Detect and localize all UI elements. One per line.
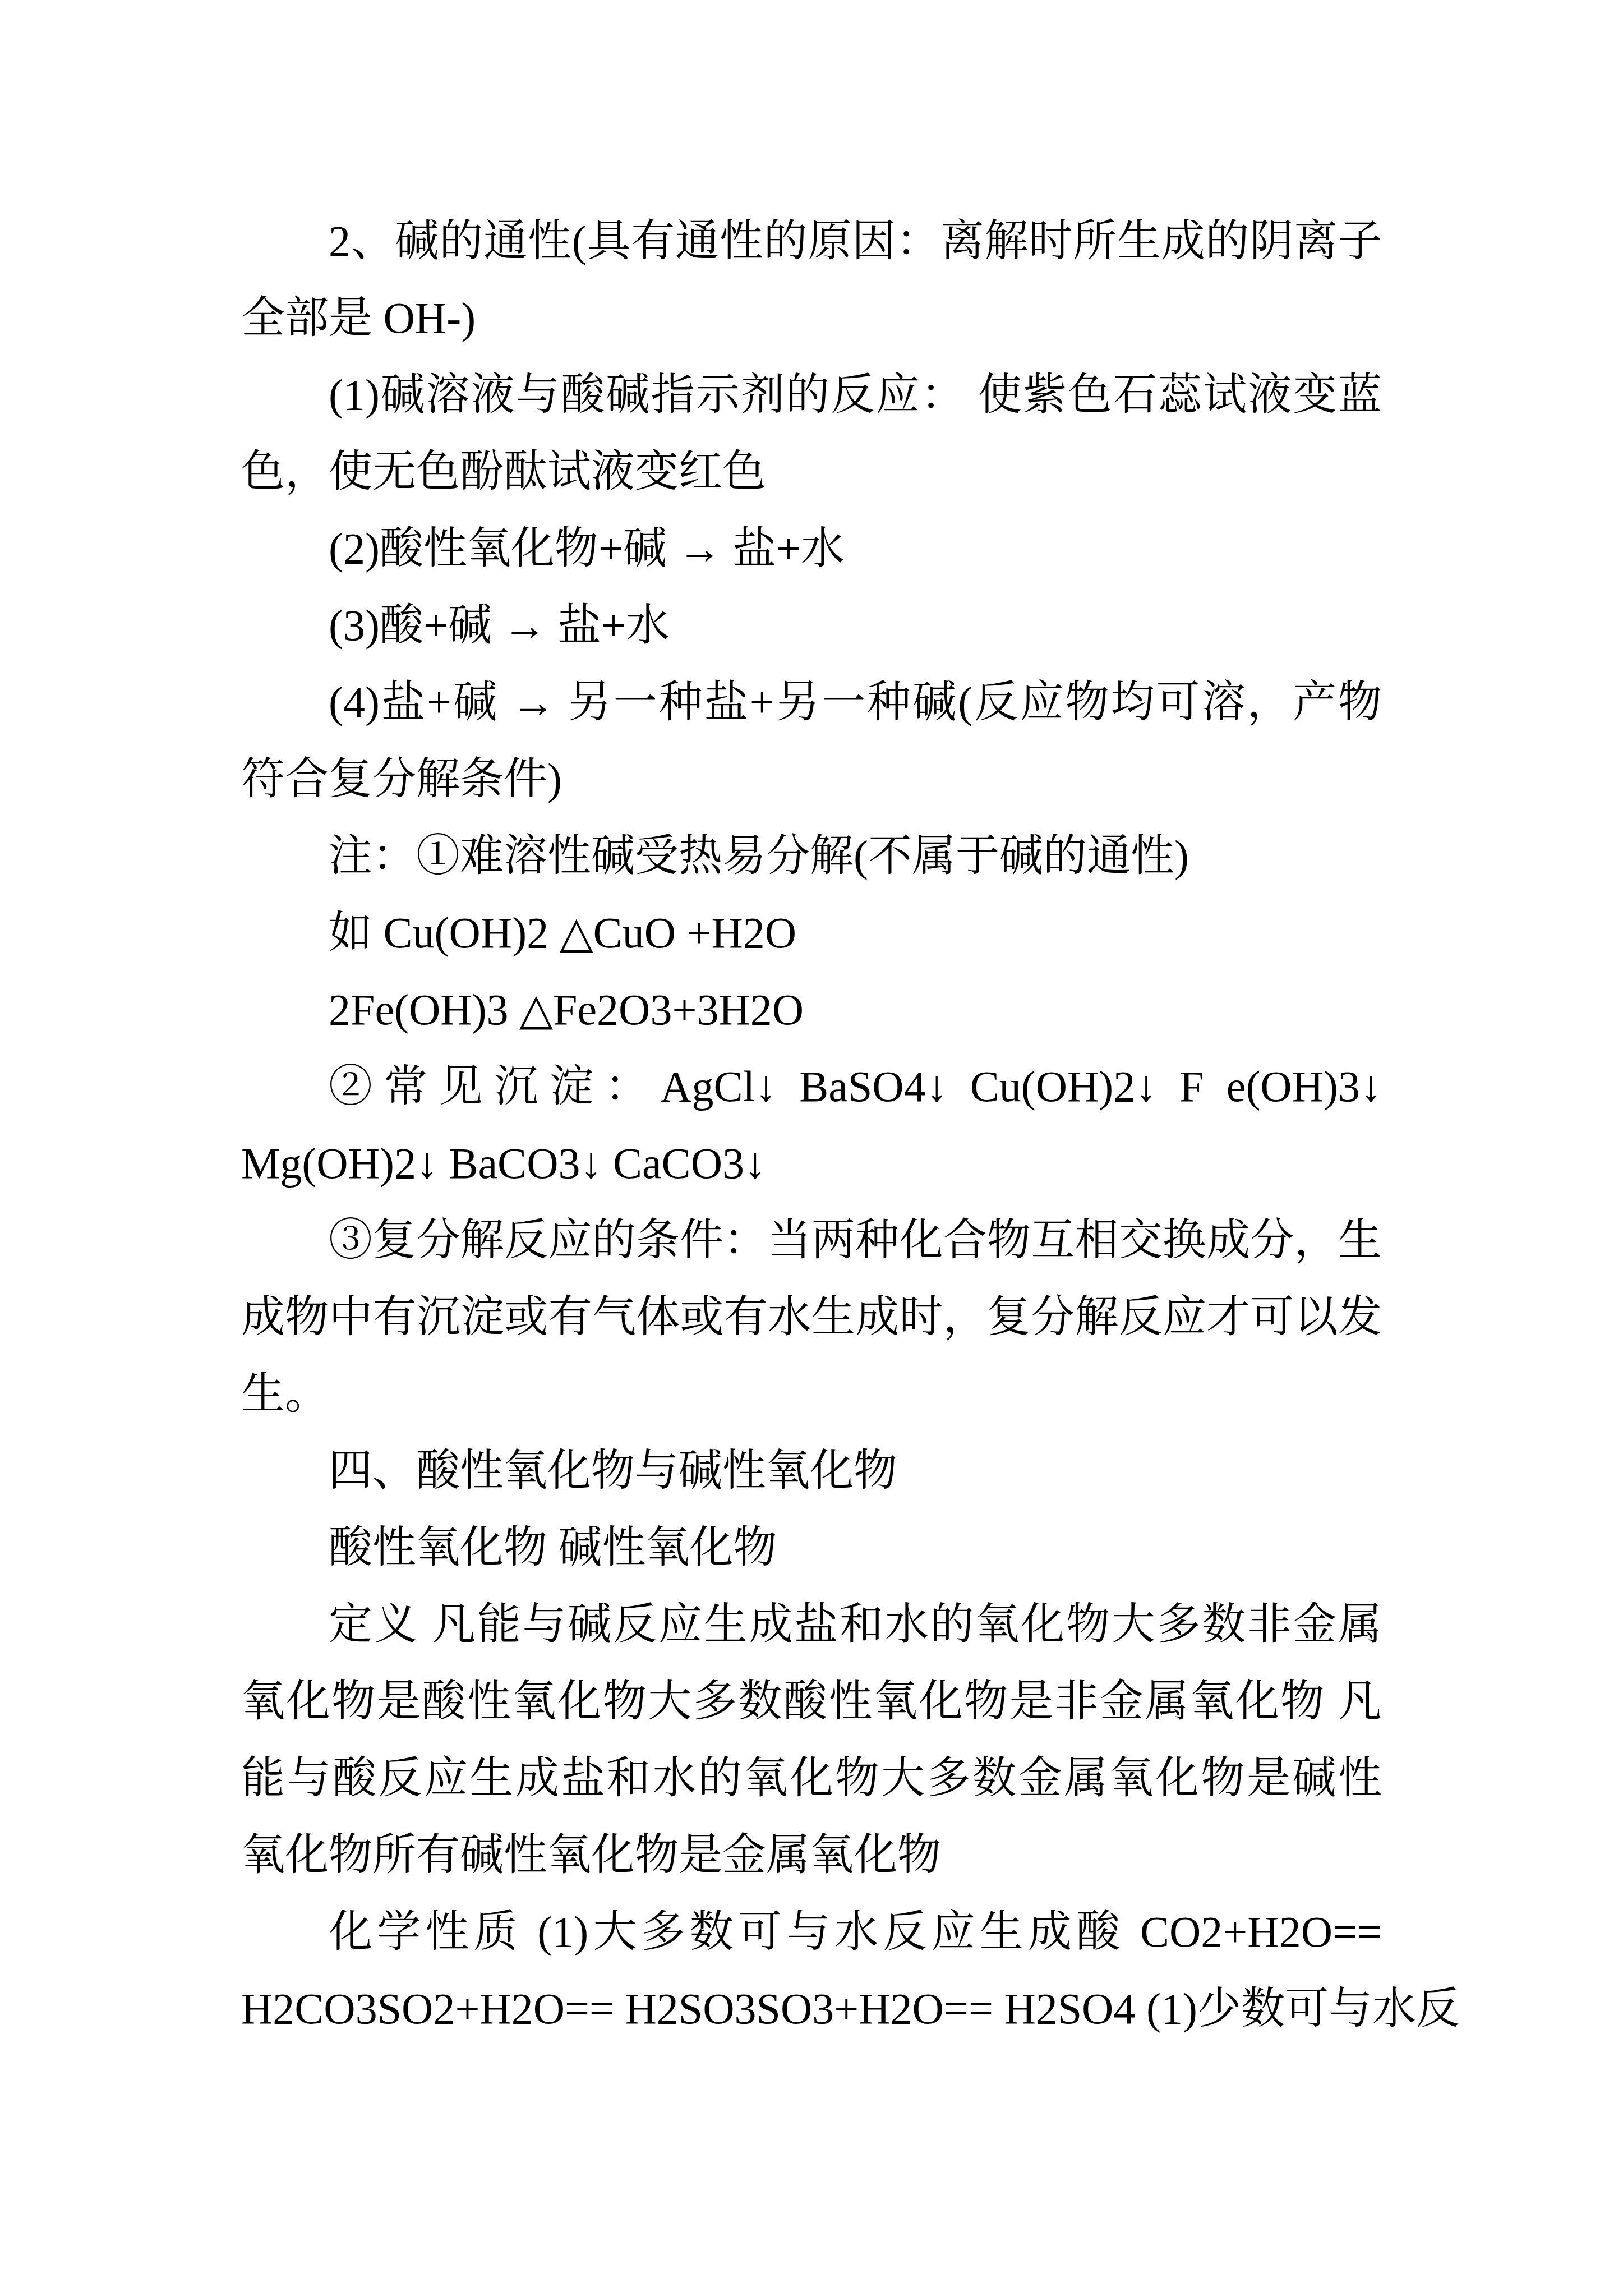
doc-line-21: 能与酸反应生成盐和水的氧化物大多数金属氧化物是碱性: [241, 1740, 1382, 1816]
doc-line-12: ②常见沉淀：AgCl↓ BaSO4↓ Cu(OH)2↓ F e(OH)3↓: [241, 1048, 1382, 1125]
doc-line-10: 如 Cu(OH)2 △CuO +H2O: [241, 894, 1382, 971]
doc-line-3: (1)碱溶液与酸碱指示剂的反应： 使紫色石蕊试液变蓝: [241, 356, 1382, 433]
doc-line-17: 四、酸性氧化物与碱性氧化物: [241, 1432, 1382, 1509]
doc-line-18: 酸性氧化物 碱性氧化物: [241, 1509, 1382, 1586]
document-page: 2、碱的通性(具有通性的原因：离解时所生成的阴离子 全部是 OH-) (1)碱溶…: [0, 0, 1623, 2296]
doc-line-22: 氧化物所有碱性氧化物是金属氧化物: [241, 1816, 1382, 1893]
doc-line-7: (4)盐+碱 → 另一种盐+另一种碱(反应物均可溶，产物: [241, 664, 1382, 740]
doc-line-9: 注：①难溶性碱受热易分解(不属于碱的通性): [241, 817, 1382, 894]
doc-line-14: ③复分解反应的条件：当两种化合物互相交换成分，生: [241, 1202, 1382, 1278]
doc-line-19: 定义 凡能与碱反应生成盐和水的氧化物大多数非金属: [241, 1586, 1382, 1663]
doc-line-2: 全部是 OH-): [241, 279, 1382, 356]
doc-line-16: 生。: [241, 1355, 1382, 1432]
doc-line-13: Mg(OH)2↓ BaCO3↓ CaCO3↓: [241, 1125, 1382, 1202]
doc-line-15: 成物中有沉淀或有气体或有水生成时，复分解反应才可以发: [241, 1278, 1382, 1355]
doc-line-8: 符合复分解条件): [241, 740, 1382, 817]
doc-line-5: (2)酸性氧化物+碱 → 盐+水: [241, 510, 1382, 587]
doc-line-4: 色，使无色酚酞试液变红色: [241, 433, 1382, 510]
doc-line-1: 2、碱的通性(具有通性的原因：离解时所生成的阴离子: [241, 203, 1382, 279]
doc-line-11: 2Fe(OH)3 △Fe2O3+3H2O: [241, 971, 1382, 1048]
doc-line-6: (3)酸+碱 → 盐+水: [241, 587, 1382, 664]
doc-line-23: 化学性质 (1)大多数可与水反应生成酸 CO2+H2O==: [241, 1893, 1382, 1970]
text-content: 2、碱的通性(具有通性的原因：离解时所生成的阴离子 全部是 OH-) (1)碱溶…: [241, 203, 1382, 2047]
doc-line-20: 氧化物是酸性氧化物大多数酸性氧化物是非金属氧化物 凡: [241, 1663, 1382, 1740]
doc-line-24: H2CO3SO2+H2O== H2SO3SO3+H2O== H2SO4 (1)少…: [241, 1970, 1382, 2047]
